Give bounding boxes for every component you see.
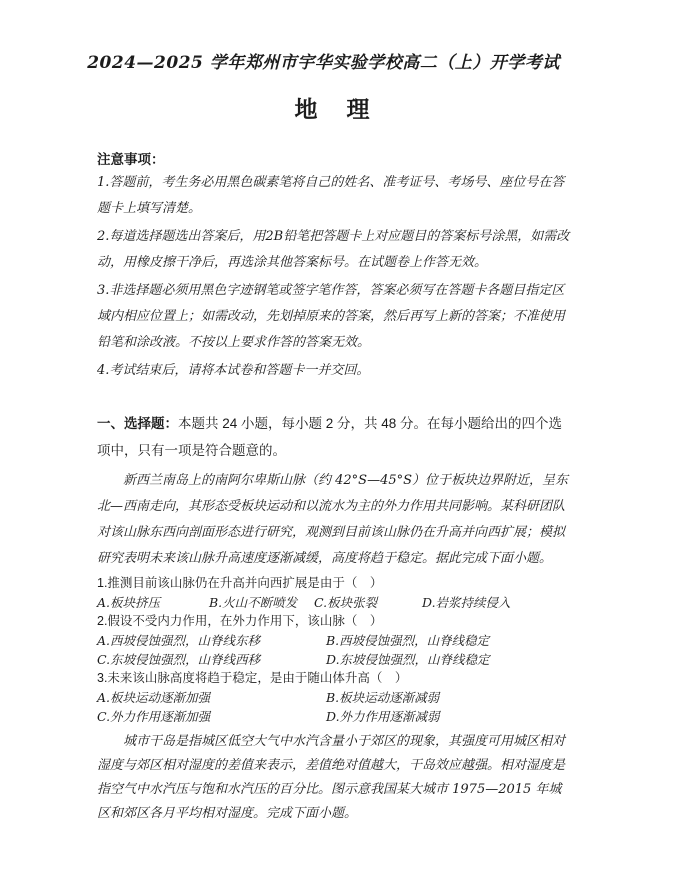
- section-heading: 一、选择题：本题共 24 小题，每小题 2 分，共 48 分。在每小题给出的四个…: [97, 410, 570, 464]
- question-1: 1.推测目前该山脉仍在升高并向西扩展是由于（ ） A.板块挤压 B.火山不断喷发…: [97, 574, 570, 612]
- notice-item: 3.非选择题必须用黑色字迹钢笔或签字笔作答，答案必须写在答题卡各题目指定区域内相…: [97, 276, 570, 356]
- question-3-stem: 3.未来该山脉高度将趋于稳定，是由于随山体升高（ ）: [97, 669, 570, 688]
- exam-subject: 地 理: [97, 91, 570, 124]
- exam-paper-page: 2024—2025 学年郑州市宇华实验学校高二（上）开学考试 地 理 注意事项：…: [0, 0, 700, 878]
- option-b: B.板块运动逐渐减弱: [326, 688, 570, 707]
- option-d: D.东坡侵蚀强烈，山脊线稳定: [326, 650, 570, 669]
- passage-urban-dry-island: 城市干岛是指城区低空大气中水汽含量小于郊区的现象，其强度可用城区相对湿度与郊区相…: [97, 730, 570, 826]
- exam-title: 2024—2025 学年郑州市宇华实验学校高二（上）开学考试: [77, 48, 570, 73]
- notice-item: 1.答题前，考生务必用黑色碳素笔将自己的姓名、准考证号、考场号、座位号在答题卡上…: [97, 168, 570, 222]
- passage-alps-mountains: 新西兰南岛上的南阿尔卑斯山脉（约 42°S—45°S）位于板块边界附近，呈东北—…: [97, 468, 570, 572]
- question-3-options: A.板块运动逐渐加强 B.板块运动逐渐减弱 C.外力作用逐渐加强 D.外力作用逐…: [97, 688, 570, 726]
- option-a: A.板块运动逐渐加强: [97, 688, 326, 707]
- option-b: B.火山不断喷发: [209, 593, 314, 612]
- notice-item: 2.每道选择题选出答案后，用2B铅笔把答题卡上对应题目的答案标号涂黑，如需改动，…: [97, 222, 570, 276]
- option-c: C.外力作用逐渐加强: [97, 707, 326, 726]
- option-a: A.西坡侵蚀强烈，山脊线东移: [97, 631, 326, 650]
- option-d: D.外力作用逐渐减弱: [326, 707, 570, 726]
- option-b: B.西坡侵蚀强烈，山脊线稳定: [326, 631, 570, 650]
- option-d: D.岩浆持续侵入: [422, 593, 511, 612]
- question-2-stem: 2.假设不受内力作用，在外力作用下，该山脉（ ）: [97, 612, 570, 631]
- notice-section: 注意事项： 1.答题前，考生务必用黑色碳素笔将自己的姓名、准考证号、考场号、座位…: [97, 148, 570, 384]
- option-c: C.东坡侵蚀强烈，山脊线西移: [97, 650, 326, 669]
- question-2-options: A.西坡侵蚀强烈，山脊线东移 B.西坡侵蚀强烈，山脊线稳定 C.东坡侵蚀强烈，山…: [97, 631, 570, 669]
- section-label: 一、选择题：: [97, 416, 178, 431]
- question-1-options: A.板块挤压 B.火山不断喷发 C.板块张裂 D.岩浆持续侵入: [97, 593, 570, 612]
- notice-item: 4.考试结束后，请将本试卷和答题卡一并交回。: [97, 356, 570, 384]
- question-1-stem: 1.推测目前该山脉仍在升高并向西扩展是由于（ ）: [97, 574, 570, 593]
- question-2: 2.假设不受内力作用，在外力作用下，该山脉（ ） A.西坡侵蚀强烈，山脊线东移 …: [97, 612, 570, 669]
- question-3: 3.未来该山脉高度将趋于稳定，是由于随山体升高（ ） A.板块运动逐渐加强 B.…: [97, 669, 570, 726]
- notice-heading: 注意事项：: [97, 148, 570, 168]
- option-a: A.板块挤压: [97, 593, 209, 612]
- option-c: C.板块张裂: [314, 593, 422, 612]
